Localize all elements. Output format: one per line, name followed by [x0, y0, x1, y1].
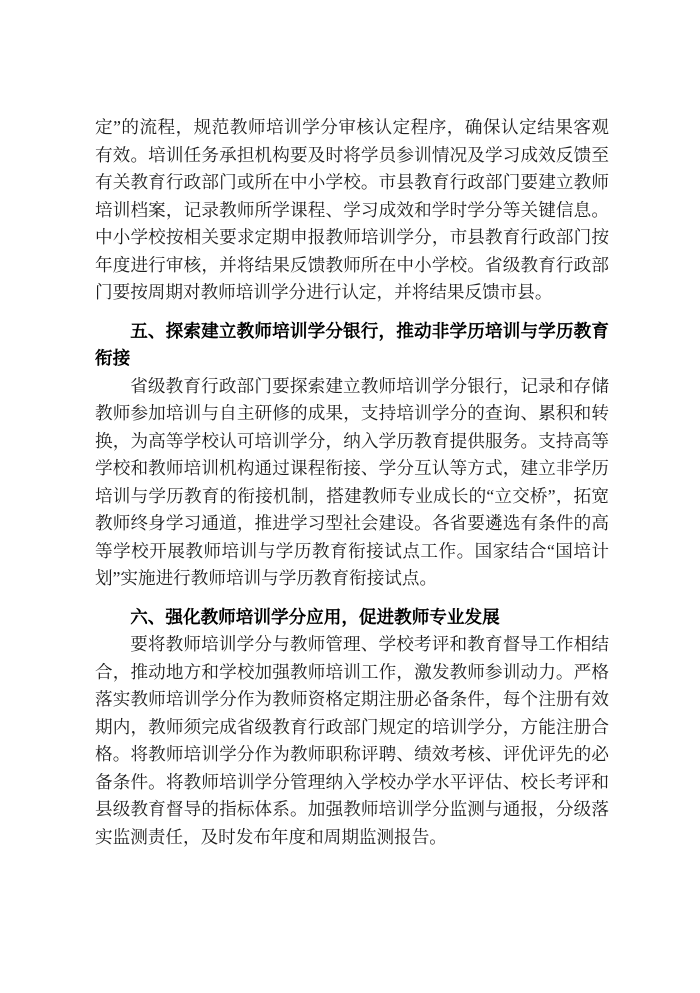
paragraph-section-five: 省级教育行政部门要探索建立教师培训学分银行，记录和存储教师参加培训与自主研修的成…	[95, 373, 609, 593]
section-heading-five: 五、探索建立教师培训学分银行，推动非学历培训与学历教育衔接	[95, 318, 609, 373]
paragraph-continuation: 定”的流程，规范教师培训学分审核认定程序，确保认定结果客观有效。培训任务承担机构…	[95, 114, 609, 307]
document-page: 定”的流程，规范教师培训学分审核认定程序，确保认定结果客观有效。培训任务承担机构…	[95, 114, 609, 851]
section-heading-six: 六、强化教师培训学分应用，促进教师专业发展	[95, 604, 609, 632]
paragraph-section-six: 要将教师培训学分与教师管理、学校考评和教育督导工作相结合，推动地方和学校加强教师…	[95, 631, 609, 851]
